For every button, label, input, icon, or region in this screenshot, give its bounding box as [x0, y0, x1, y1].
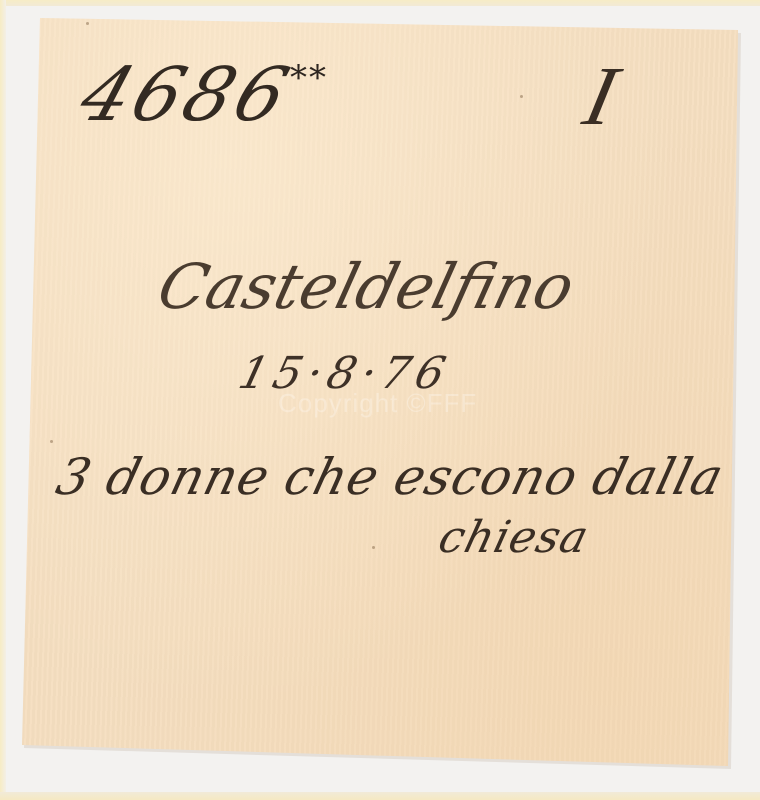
place-name: Casteldelfino [151, 250, 582, 323]
scan-background: 4686 ** I Casteldelfino 15·8·76 Copyrigh… [0, 0, 760, 800]
paper-speck [372, 546, 375, 549]
mount-border-left [0, 0, 6, 800]
paper-speck [520, 95, 523, 98]
paper-speck [50, 440, 53, 443]
caption-line-2: chiesa [434, 512, 595, 563]
mount-border-bottom [0, 792, 760, 800]
paper-speck [86, 22, 89, 25]
catalog-number: 4686 [70, 52, 302, 138]
copyright-watermark: Copyright ©FFF [278, 388, 477, 419]
caption-line-1: 3 donne che escono dalla [51, 448, 730, 506]
catalog-marks: ** [290, 58, 328, 98]
mount-border-top [0, 0, 760, 6]
